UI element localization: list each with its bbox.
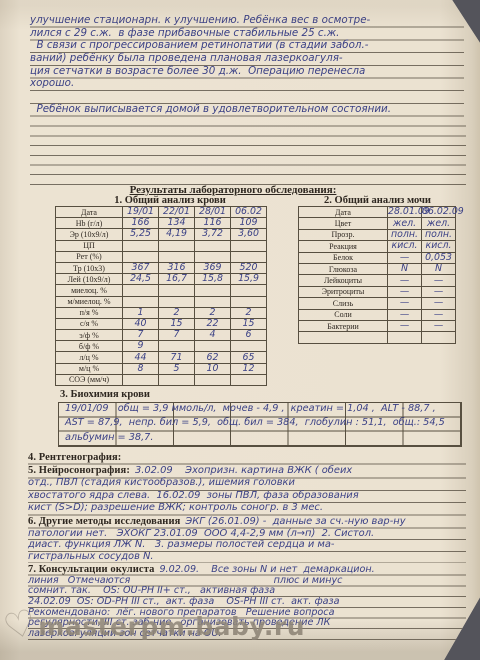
table-row: миелоц. % bbox=[56, 285, 267, 296]
row-value bbox=[159, 374, 195, 385]
table-row: Бактерии—— bbox=[299, 320, 456, 331]
row-value: 2 bbox=[159, 307, 195, 318]
oculist-handwriting: 9.02.09. Все зоны N и нет демаркацион. bbox=[159, 564, 374, 575]
row-value: 2 bbox=[195, 307, 231, 318]
row-value: 6 bbox=[231, 330, 267, 341]
row-value: 166 bbox=[123, 218, 159, 229]
table-row: Слизь—— bbox=[299, 298, 456, 309]
row-value bbox=[231, 374, 267, 385]
table-row: Дата28.01.0906.02.09 bbox=[299, 207, 456, 218]
row-value: 0,053 bbox=[422, 252, 456, 263]
table-row: Прозр.полн.полн. bbox=[299, 229, 456, 240]
row-value: полн. bbox=[388, 229, 422, 240]
table-row: Hb (г/л)166134116109 bbox=[56, 218, 267, 229]
row-value: 3,72 bbox=[195, 229, 231, 240]
section-other-methods: 6. Другие методы исследованияЭКГ (26.01.… bbox=[28, 517, 466, 563]
row-label: м/ц % bbox=[56, 363, 123, 374]
handwritten-line: альбумин = 38,7. bbox=[65, 432, 461, 446]
row-value bbox=[123, 251, 159, 262]
row-label: миелоц. % bbox=[56, 285, 123, 296]
row-label: Эритроциты bbox=[299, 286, 388, 297]
table-row: Эр (10х9/л)5,254,193,723,60 bbox=[56, 229, 267, 240]
row-value: 15 bbox=[231, 318, 267, 329]
handwritten-line: ваний) ребёнку была проведена плановая л… bbox=[30, 53, 464, 66]
row-value bbox=[388, 332, 422, 343]
row-value: 7 bbox=[159, 330, 195, 341]
row-value bbox=[159, 341, 195, 352]
row-value bbox=[195, 374, 231, 385]
nsg-handwriting: 3.02.09 Эхопризн. картина ВЖК ( обеих bbox=[135, 465, 352, 476]
paper-sheet: улучшение стационарн. к улучшению. Ребён… bbox=[0, 0, 480, 660]
row-value bbox=[123, 285, 159, 296]
blood-table-title: 1. Общий анализ крови bbox=[70, 195, 270, 206]
row-value: 4,19 bbox=[159, 229, 195, 240]
row-value: 2 bbox=[231, 307, 267, 318]
row-label: Прозр. bbox=[299, 229, 388, 240]
row-value: 06.02 bbox=[231, 207, 267, 218]
row-value: 7 bbox=[123, 330, 159, 341]
section-neurosonography: 5. Нейросонография:3.02.09 Эхопризн. кар… bbox=[28, 466, 466, 516]
row-label: л/ц % bbox=[56, 352, 123, 363]
row-value bbox=[231, 251, 267, 262]
handwritten-line bbox=[30, 91, 464, 104]
section-other-first-line: 6. Другие методы исследованияЭКГ (26.01.… bbox=[28, 517, 466, 529]
row-value: N bbox=[422, 263, 456, 274]
oculist-label: 7. Консультации окулиста bbox=[28, 564, 159, 575]
handwritten-line: гистральных сосудов N. bbox=[28, 552, 466, 564]
blank-ruled-lines bbox=[30, 117, 466, 185]
row-value: — bbox=[422, 309, 456, 320]
table-row: с/я %40152215 bbox=[56, 318, 267, 329]
row-value bbox=[195, 240, 231, 251]
urine-table-title: 2. Общий анализ мочи bbox=[295, 195, 460, 206]
row-value: — bbox=[388, 309, 422, 320]
row-label: СОЭ (мм/ч) bbox=[56, 374, 123, 385]
table-row: Дата19/0122/0128/0106.02 bbox=[56, 207, 267, 218]
nsg-label: 5. Нейросонография: bbox=[28, 465, 135, 476]
row-value: 5 bbox=[159, 363, 195, 374]
blood-analysis-table: Дата19/0122/0128/0106.02Hb (г/л)16613411… bbox=[55, 206, 267, 386]
row-label: Соли bbox=[299, 309, 388, 320]
table-row: Цветжел.жел. bbox=[299, 218, 456, 229]
row-value: 15 bbox=[159, 318, 195, 329]
nsg-handwritten-lines: отд., ПВЛ (стадия кистообразов.), ишемия… bbox=[28, 478, 466, 515]
row-value: — bbox=[388, 286, 422, 297]
row-value: 520 bbox=[231, 262, 267, 273]
row-value: кисл. bbox=[388, 241, 422, 252]
row-label: Рет (%) bbox=[56, 251, 123, 262]
handwritten-line: Ребёнок выписывается домой в удовлетвори… bbox=[30, 104, 464, 117]
row-value: 15,9 bbox=[231, 274, 267, 285]
row-value bbox=[123, 374, 159, 385]
row-value: 44 bbox=[123, 352, 159, 363]
row-value: полн. bbox=[422, 229, 456, 240]
row-label: Бактерии bbox=[299, 320, 388, 331]
row-label: п/я % bbox=[56, 307, 123, 318]
row-value: 19/01 bbox=[123, 207, 159, 218]
row-value: 16,7 bbox=[159, 274, 195, 285]
row-value bbox=[195, 296, 231, 307]
biochem-label: 3. Биохимия крови bbox=[60, 389, 200, 400]
row-value: 22/01 bbox=[159, 207, 195, 218]
row-label: ЦП bbox=[56, 240, 123, 251]
row-value: 12 bbox=[231, 363, 267, 374]
row-value: 15,8 bbox=[195, 274, 231, 285]
table-row: Тр (10х3)367316369520 bbox=[56, 262, 267, 273]
handwritten-line: улучшение стационарн. к улучшению. Ребён… bbox=[30, 15, 464, 28]
row-value: 62 bbox=[195, 352, 231, 363]
row-value bbox=[231, 285, 267, 296]
table-row: ГлюкозаNN bbox=[299, 263, 456, 274]
biochem-table: 19/01/09 общ = 3,9 ммоль/л, мочев - 4,9 … bbox=[58, 402, 462, 447]
row-label: м/миелоц. % bbox=[56, 296, 123, 307]
handwritten-line: AST = 87,9, непр. бил = 5,9, общ. бил = … bbox=[65, 417, 461, 431]
row-value: 116 bbox=[195, 218, 231, 229]
table-row: Эритроциты—— bbox=[299, 286, 456, 297]
row-value: 71 bbox=[159, 352, 195, 363]
row-value bbox=[422, 332, 456, 343]
table-row: СОЭ (мм/ч) bbox=[56, 374, 267, 385]
table-row: п/я %1222 bbox=[56, 307, 267, 318]
urine-analysis-table: Дата28.01.0906.02.09Цветжел.жел.Прозр.по… bbox=[298, 206, 456, 344]
handwritten-line: лазеркоагуляции зон сетчатки на OU. bbox=[28, 629, 466, 640]
row-value: — bbox=[422, 286, 456, 297]
row-value: 369 bbox=[195, 262, 231, 273]
row-value bbox=[231, 240, 267, 251]
handwritten-line: 19/01/09 общ = 3,9 ммоль/л, мочев - 4,9 … bbox=[65, 403, 461, 417]
handwritten-line: ция сетчатки в возрасте более 30 д.ж. Оп… bbox=[30, 66, 464, 79]
row-value: жел. bbox=[422, 218, 456, 229]
row-label: Дата bbox=[56, 207, 123, 218]
table-row: б/ф %9 bbox=[56, 341, 267, 352]
row-label: Реакция bbox=[299, 241, 388, 252]
row-value: — bbox=[388, 252, 422, 263]
row-value bbox=[159, 251, 195, 262]
row-value: — bbox=[388, 298, 422, 309]
row-value: 10 bbox=[195, 363, 231, 374]
row-value bbox=[195, 341, 231, 352]
row-value bbox=[159, 296, 195, 307]
row-label: б/ф % bbox=[56, 341, 123, 352]
row-value: 28/01 bbox=[195, 207, 231, 218]
table-row: м/ц %851012 bbox=[56, 363, 267, 374]
row-value: 65 bbox=[231, 352, 267, 363]
row-value: — bbox=[388, 320, 422, 331]
row-value: 22 bbox=[195, 318, 231, 329]
row-value: 316 bbox=[159, 262, 195, 273]
section-oculist: 7. Консультации окулиста9.02.09. Все зон… bbox=[28, 565, 466, 640]
row-value bbox=[159, 285, 195, 296]
row-value: жел. bbox=[388, 218, 422, 229]
row-label: Дата bbox=[299, 207, 388, 218]
table-row: э/ф %7746 bbox=[56, 330, 267, 341]
row-value: 40 bbox=[123, 318, 159, 329]
row-value: кисл. bbox=[422, 241, 456, 252]
row-value: 3,60 bbox=[231, 229, 267, 240]
row-label bbox=[299, 332, 388, 343]
row-value: — bbox=[422, 298, 456, 309]
table-row: л/ц %44716265 bbox=[56, 352, 267, 363]
other-methods-handwritten-lines: патологии нет. ЭХОКГ 23.01.09 ООО 4,4-2,… bbox=[28, 529, 466, 564]
row-value: 1 bbox=[123, 307, 159, 318]
row-value: 28.01.09 bbox=[388, 207, 422, 218]
handwritten-notes-top: улучшение стационарн. к улучшению. Ребён… bbox=[30, 15, 464, 117]
row-value: 24,5 bbox=[123, 274, 159, 285]
row-label: Эр (10х9/л) bbox=[56, 229, 123, 240]
row-label: Цвет bbox=[299, 218, 388, 229]
row-label: Лей (10х9/л) bbox=[56, 274, 123, 285]
row-value: — bbox=[388, 275, 422, 286]
row-value: 9 bbox=[123, 341, 159, 352]
table-row: Соли—— bbox=[299, 309, 456, 320]
row-label: Белок bbox=[299, 252, 388, 263]
row-value bbox=[231, 296, 267, 307]
table-row: ЦП bbox=[56, 240, 267, 251]
row-value bbox=[195, 285, 231, 296]
oculist-handwritten-lines: линия Отмечаются плюс и минуссомнит. так… bbox=[28, 576, 466, 640]
row-label: с/я % bbox=[56, 318, 123, 329]
handwritten-line: отд., ПВЛ (стадия кистообразов.), ишемия… bbox=[28, 478, 466, 490]
other-methods-handwriting: ЭКГ (26.01.09) - данные за сч.-ную вар-н… bbox=[185, 516, 405, 527]
section-xray-first-line: 4. Рентгенография: bbox=[28, 452, 466, 465]
row-value: 06.02.09 bbox=[422, 207, 456, 218]
table-row: Лейкоциты—— bbox=[299, 275, 456, 286]
row-value bbox=[231, 341, 267, 352]
row-value: N bbox=[388, 263, 422, 274]
table-row: Рет (%) bbox=[56, 251, 267, 262]
row-label: Тр (10х3) bbox=[56, 262, 123, 273]
row-value bbox=[159, 240, 195, 251]
row-value: 367 bbox=[123, 262, 159, 273]
row-value bbox=[195, 251, 231, 262]
table-row: м/миелоц. % bbox=[56, 296, 267, 307]
handwritten-line: хорошо. bbox=[30, 78, 464, 91]
row-label: Слизь bbox=[299, 298, 388, 309]
row-value: 8 bbox=[123, 363, 159, 374]
row-value bbox=[123, 240, 159, 251]
other-methods-label: 6. Другие методы исследования bbox=[28, 516, 185, 527]
row-label: э/ф % bbox=[56, 330, 123, 341]
table-row: Белок—0,053 bbox=[299, 252, 456, 263]
table-row bbox=[299, 332, 456, 343]
biochem-handwriting: 19/01/09 общ = 3,9 ммоль/л, мочев - 4,9 … bbox=[59, 403, 461, 446]
row-label: Глюкоза bbox=[299, 263, 388, 274]
xray-label: 4. Рентгенография: bbox=[28, 452, 126, 463]
table-row: Лей (10х9/л)24,516,715,815,9 bbox=[56, 274, 267, 285]
row-label: Лейкоциты bbox=[299, 275, 388, 286]
row-value: 109 bbox=[231, 218, 267, 229]
section-xray: 4. Рентгенография: bbox=[28, 452, 466, 465]
row-value bbox=[123, 296, 159, 307]
row-label: Hb (г/л) bbox=[56, 218, 123, 229]
row-value: — bbox=[422, 275, 456, 286]
table-row: Реакциякисл.кисл. bbox=[299, 241, 456, 252]
row-value: 134 bbox=[159, 218, 195, 229]
row-value: 4 bbox=[195, 330, 231, 341]
row-value: — bbox=[422, 320, 456, 331]
handwritten-line: кист (S>D); разрешение ВЖК; контроль сон… bbox=[28, 503, 466, 515]
row-value: 5,25 bbox=[123, 229, 159, 240]
